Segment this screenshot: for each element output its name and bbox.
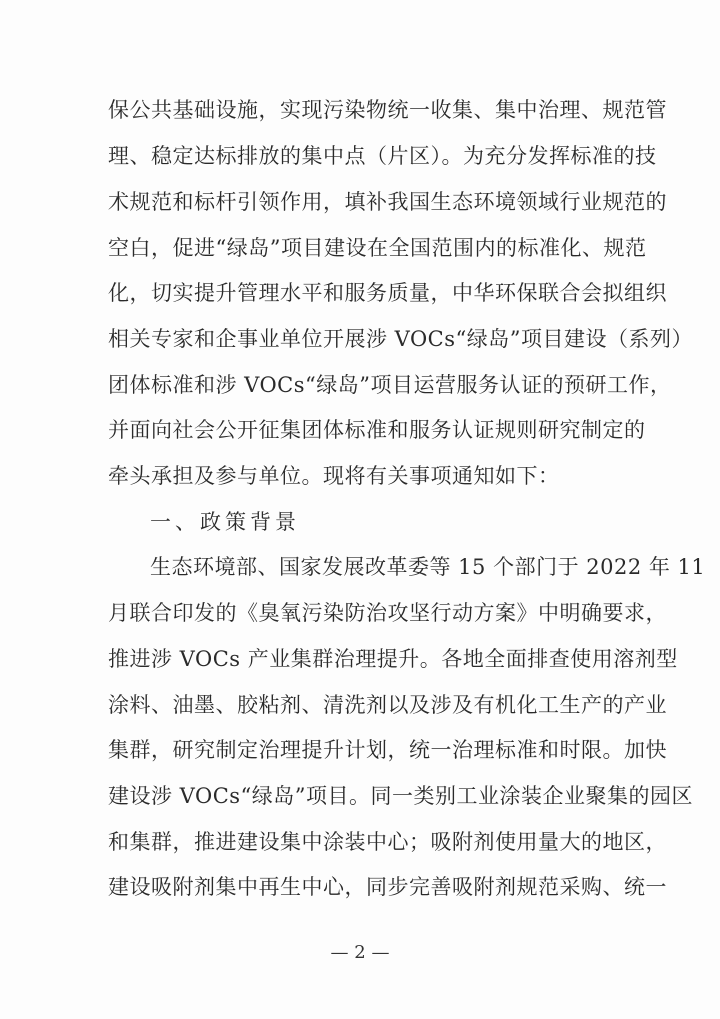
body-text-line: 相关专家和企事业单位开展涉 VOCs“绿岛”项目建设（系列）	[108, 324, 616, 354]
body-text-line: 集群，研究制定治理提升计划，统一治理标准和时限。加快	[108, 735, 616, 765]
body-text-line: 理、稳定达标排放的集中点（片区）。为充分发挥标准的技	[108, 141, 616, 171]
document-page: 保公共基础设施，实现污染物统一收集、集中治理、规范管 理、稳定达标排放的集中点（…	[0, 0, 720, 1019]
body-text-line: 牵头承担及参与单位。现将有关事项通知如下：	[108, 461, 616, 491]
section-heading: 一、政策背景	[150, 507, 616, 537]
body-text-line: 并面向社会公开征集团体标准和服务认证规则研究制定的	[108, 415, 616, 445]
body-text-line: 涂料、油墨、胶粘剂、清洗剂以及涉及有机化工生产的产业	[108, 690, 616, 720]
body-text-line: 化，切实提升管理水平和服务质量，中华环保联合会拟组织	[108, 278, 616, 308]
page-number: — 2 —	[0, 942, 720, 963]
body-text-line: 保公共基础设施，实现污染物统一收集、集中治理、规范管	[108, 95, 616, 125]
body-text-line: 和集群，推进建设集中涂装中心；吸附剂使用量大的地区，	[108, 827, 616, 857]
body-text-line: 生态环境部、国家发展改革委等 15 个部门于 2022 年 11	[150, 552, 616, 582]
body-text-line: 术规范和标杆引领作用，填补我国生态环境领域行业规范的	[108, 187, 616, 217]
body-text-line: 团体标准和涉 VOCs“绿岛”项目运营服务认证的预研工作，	[108, 370, 616, 400]
body-text-line: 建设吸附剂集中再生中心，同步完善吸附剂规范采购、统一	[108, 872, 616, 902]
body-text-line: 建设涉 VOCs“绿岛”项目。同一类别工业涂装企业聚集的园区	[108, 781, 616, 811]
body-text-line: 推进涉 VOCs 产业集群治理提升。各地全面排查使用溶剂型	[108, 644, 616, 674]
body-text-line: 月联合印发的《臭氧污染防治攻坚行动方案》中明确要求，	[108, 598, 616, 628]
body-text-line: 空白，促进“绿岛”项目建设在全国范围内的标准化、规范	[108, 233, 616, 263]
